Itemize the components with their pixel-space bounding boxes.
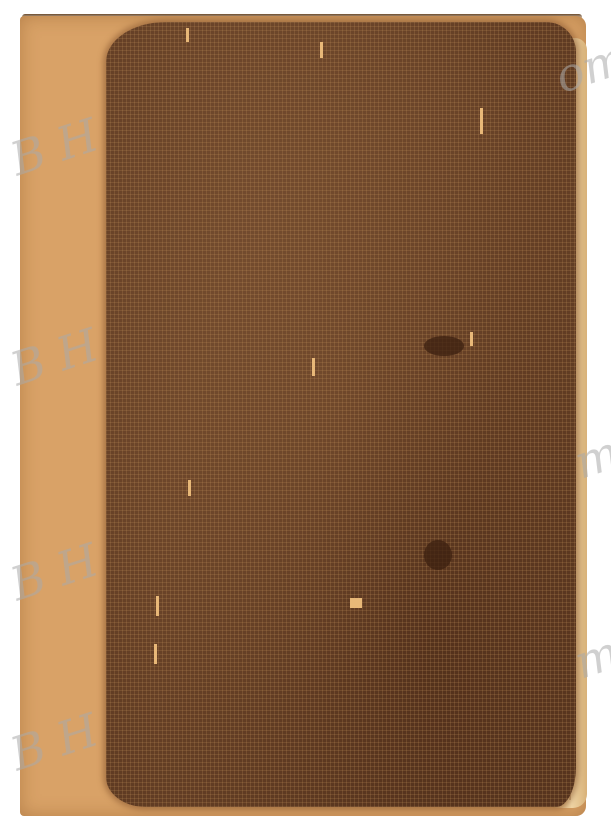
wear-mark [480,108,483,134]
wear-mark [188,480,191,496]
wear-mark [312,358,315,376]
stain [424,540,452,570]
wear-mark [470,332,473,346]
wear-mark [186,28,189,42]
wear-mark [350,598,362,608]
wear-mark [156,596,159,616]
wear-mark [154,644,157,664]
book-cloth-cover [106,22,576,807]
stain [424,336,464,356]
wear-mark [320,42,323,58]
